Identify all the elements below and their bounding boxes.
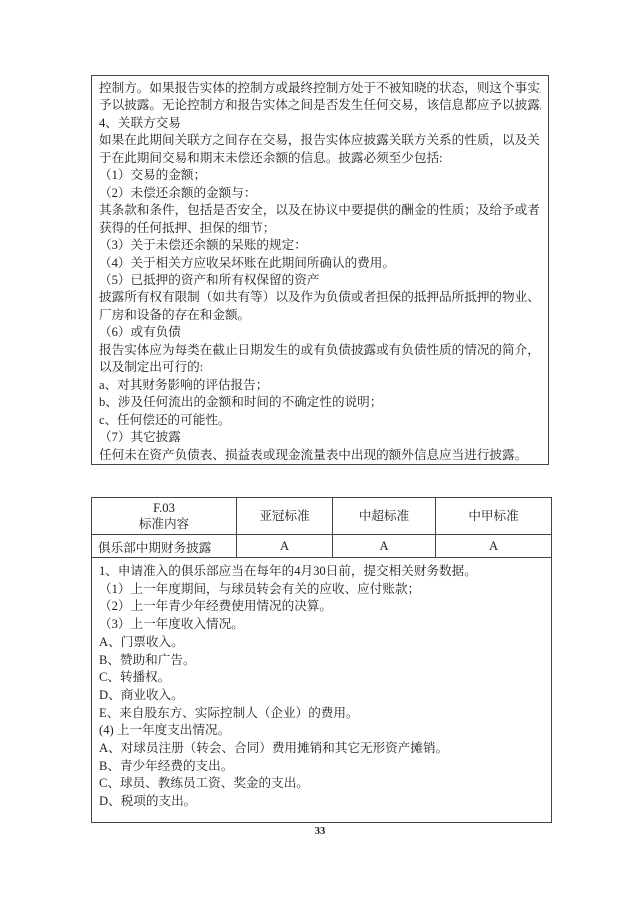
- text-line: 报告实体应为每类在截止日期发生的或有负债披露或有负债性质的情况的简介，: [99, 342, 541, 359]
- f03-standard-table: F.03 标准内容 亚冠标准 中超标准 中甲标准 俱乐部中期财务披露 A A A…: [91, 497, 552, 823]
- text-line: c、任何偿还的可能性。: [99, 412, 541, 429]
- text-line: 予以披露。无论控制方和报告实体之间是否发生任何交易，该信息都应予以披露。: [99, 97, 541, 114]
- page-number: 33: [0, 826, 640, 837]
- text-line: A、门票收入。: [99, 634, 544, 652]
- text-line: （1）交易的金额；: [99, 167, 541, 184]
- text-line: 任何未在资产负债表、损益表或现金流量表中出现的额外信息应当进行披露。: [99, 447, 541, 464]
- text-line: E、来自股东方、实际控制人（企业）的费用。: [99, 705, 544, 723]
- table-row-grade-csl: A: [333, 535, 436, 558]
- text-line: 4、关联方交易: [99, 115, 541, 132]
- text-line: a、对其财务影响的评估报告；: [99, 377, 541, 394]
- text-line: C、转播权。: [99, 669, 544, 687]
- table-header-afc-standard: 亚冠标准: [237, 498, 333, 535]
- text-line: 其条款和条件，包括是否安全，以及在协议中要提供的酬金的性质；及给予或者: [99, 202, 541, 219]
- table-row-item-label: 俱乐部中期财务披露: [92, 535, 237, 558]
- table-row-grade-league1: A: [436, 535, 551, 558]
- text-line: 1、申请准入的俱乐部应当在每年的4月30日前，提交相关财务数据。: [99, 563, 544, 581]
- text-line: 获得的任何抵押、担保的细节；: [99, 220, 541, 237]
- text-line: （2）上一年青少年经费使用情况的决算。: [99, 598, 544, 616]
- text-line: （6）或有负债: [99, 324, 541, 341]
- text-line: 控制方。如果报告实体的控制方或最终控制方处于不被知晓的状态，则这个事实应: [99, 80, 541, 97]
- text-line: A、对球员注册（转会、合同）费用摊销和其它无形资产摊销。: [99, 740, 544, 758]
- related-party-disclosure-box: 控制方。如果报告实体的控制方或最终控制方处于不被知晓的状态，则这个事实应 予以披…: [91, 75, 549, 465]
- table-detail-cell: 1、申请准入的俱乐部应当在每年的4月30日前，提交相关财务数据。 （1）上一年度…: [92, 558, 551, 822]
- text-line: (4) 上一年度支出情况。: [99, 722, 544, 740]
- text-line: D、商业收入。: [99, 687, 544, 705]
- table-row-grade-afc: A: [237, 535, 333, 558]
- text-line: 披露所有权有限制（如共有等）以及作为负债或者担保的抵押品所抵押的物业、: [99, 289, 541, 306]
- text-line: （4）关于相关方应收呆坏账在此期间所确认的费用。: [99, 255, 541, 272]
- text-line: （3）上一年度收入情况。: [99, 616, 544, 634]
- table-header-csl-standard: 中超标准: [333, 498, 436, 535]
- text-line: 如果在此期间关联方之间存在交易，报告实体应披露关联方关系的性质，以及关: [99, 132, 541, 149]
- text-line: （7）其它披露: [99, 429, 541, 446]
- standard-title: 标准内容: [139, 516, 189, 533]
- text-line: 厂房和设备的存在和金额。: [99, 307, 541, 324]
- text-line: 于在此期间交易和期末未偿还余额的信息。披露必须至少包括:: [99, 150, 541, 167]
- text-line: B、青少年经费的支出。: [99, 758, 544, 776]
- text-line: 以及制定出可行的:: [99, 359, 541, 376]
- text-line: b、涉及任何流出的金额和时间的不确定性的说明；: [99, 394, 541, 411]
- text-line: （3）关于未偿还余额的呆账的规定：: [99, 237, 541, 254]
- standard-code: F.03: [153, 500, 175, 517]
- text-line: C、球员、教练员工资、奖金的支出。: [99, 775, 544, 793]
- text-line: （2）未偿还余额的金额与：: [99, 185, 541, 202]
- text-line: （1）上一年度期间，与球员转会有关的应收、应付账款；: [99, 581, 544, 599]
- table-header-league1-standard: 中甲标准: [436, 498, 551, 535]
- text-line: D、税项的支出。: [99, 793, 544, 811]
- text-line: B、赞助和广告。: [99, 652, 544, 670]
- text-line: （5）已抵押的资产和所有权保留的资产: [99, 272, 541, 289]
- table-header-standard-content: F.03 标准内容: [92, 498, 237, 535]
